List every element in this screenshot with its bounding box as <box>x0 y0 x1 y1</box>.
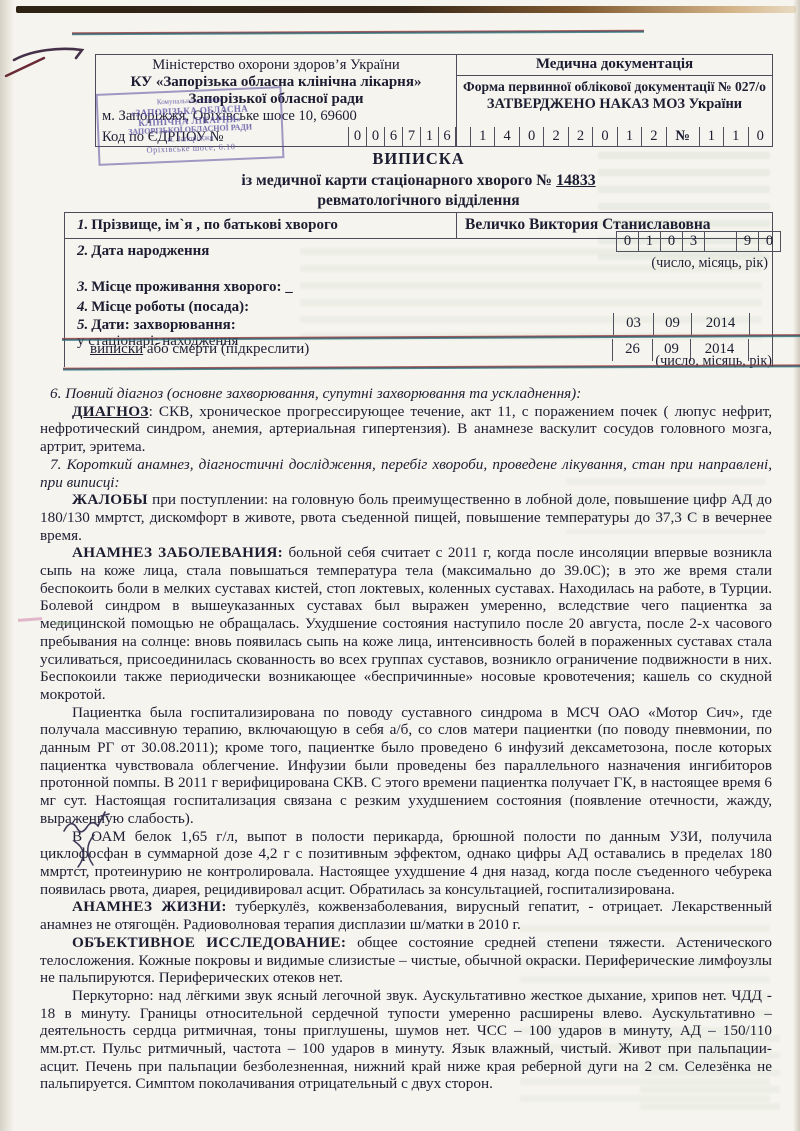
pencil-smudge <box>18 617 42 622</box>
complaints-label: ЖАЛОБЫ <box>72 491 148 508</box>
form-digit-boxes: 1 4 0 2 2 0 1 2 № 1 1 0 <box>457 127 772 146</box>
discharge-label-rest: або смерти (підкреслити) <box>143 341 309 357</box>
title-subline: із медичної карти стаціонарного хворого … <box>64 172 773 190</box>
birthdate-digit-boxes: 0 1 0 3 9 0 <box>616 231 781 252</box>
form-digit: 1 <box>699 127 723 146</box>
ministry-line: Міністерство охорони здоров’я України <box>96 57 456 74</box>
row-number: 3. <box>77 279 88 295</box>
digit-gap <box>457 127 470 146</box>
row-number: 1. <box>77 217 88 233</box>
admission-year: 2014 <box>691 313 749 335</box>
discharge-row-label: виписки або смерти (підкреслити) <box>90 341 309 358</box>
edrpou-digit: 0 <box>366 127 384 146</box>
scan-left-edge <box>0 0 14 1131</box>
row-number: 4. <box>77 299 88 315</box>
form-digit: 1 <box>617 127 641 146</box>
form-digit: 0 <box>592 127 616 146</box>
life-history-label: АНАМНЕЗ ЖИЗНИ: <box>72 898 227 915</box>
life-history-paragraph: АНАМНЕЗ ЖИЗНИ: туберкулёз, кожвензаболев… <box>40 898 772 933</box>
page-title: ВИПИСКА <box>64 149 773 169</box>
cell-divider <box>456 213 457 238</box>
scan-edge-band <box>16 6 796 13</box>
row-label-text: Дата народження <box>91 243 209 259</box>
form-digit: 0 <box>748 127 772 146</box>
edrpou-digit: 0 <box>348 127 366 146</box>
scan-right-edge <box>793 0 800 1131</box>
birth-digit: 0 <box>758 232 781 251</box>
form-digit: 1 <box>723 127 747 146</box>
edrpou-digit: 6 <box>384 127 402 146</box>
form-digit: 2 <box>543 127 567 146</box>
birth-row-label: 2.Дата народження <box>77 243 209 260</box>
row-number: 2. <box>77 243 88 259</box>
disease-history-label: АНАМНЕЗ ЗАБОЛЕВАНИЯ: <box>72 544 283 561</box>
form-number-line: Форма первинної облікової документації №… <box>457 79 772 95</box>
form-digit-no: № <box>666 127 699 146</box>
empty-date-cell <box>749 313 774 335</box>
form-digit: 2 <box>641 127 665 146</box>
dates-row-label: 5.Дати: захворювання: <box>77 317 236 334</box>
residence-row-label: 3.Місце проживання хворого: _ <box>77 279 293 296</box>
disease-history-text: больной себя считает с 2011 г, когда пос… <box>40 544 772 703</box>
work-row-label: 4.Місце роботы (посада): <box>77 299 249 316</box>
edrpou-digit-boxes: 0 0 6 7 1 6 <box>348 127 456 146</box>
doc-type: Медична документація <box>457 55 772 76</box>
pencil-smudge <box>54 622 72 625</box>
scanned-discharge-summary-page: Міністерство охорони здоров’я України КУ… <box>0 0 800 1131</box>
edrpou-digit: 7 <box>402 127 420 146</box>
row-label-text: Місце проживання хворого: _ <box>91 279 292 295</box>
discharge-word-underlined: виписки <box>90 341 143 357</box>
objective-exam-label: ОБЪЕКТИВНОЕ ИССЛЕДОВАНИЕ: <box>72 934 346 951</box>
row-label-text: Дати: захворювання: <box>91 317 236 333</box>
approved-line: ЗАТВЕРДЖЕНО НАКАЗ МОЗ України <box>457 96 772 113</box>
card-number: 14833 <box>556 172 596 189</box>
admission-day: 03 <box>613 313 653 335</box>
birth-digit: 0 <box>616 232 638 251</box>
scan-artifact-line <box>72 30 644 35</box>
handwritten-checkmark <box>2 34 97 82</box>
birth-digit <box>704 232 736 251</box>
oam-paragraph: В ОАМ белок 1,65 г/л, выпот в полости пе… <box>40 828 772 899</box>
diagnosis-label: ДИАГНОЗ <box>72 403 149 420</box>
edrpou-digit: 1 <box>420 127 438 146</box>
complaints-text: при поступлении: на головную боль преиму… <box>40 491 772 543</box>
row-label-text: Місце роботы (посада): <box>91 299 249 315</box>
title-sub-text: із медичної карти стаціонарного хворого … <box>241 172 556 189</box>
doc-classification-box: Медична документація Форма первинної обл… <box>456 54 773 147</box>
admission-date-boxes: 03 09 2014 <box>613 313 774 335</box>
form-digit: 4 <box>494 127 518 146</box>
birth-digit: 1 <box>638 232 660 251</box>
form-digit: 1 <box>470 127 494 146</box>
hospitalization-paragraph: Пациентка была госпитализирована по пово… <box>40 704 772 828</box>
birth-digit: 9 <box>736 232 758 251</box>
diagnosis-text: : СКВ, хроническое прогрессирующее течен… <box>40 403 772 455</box>
clinical-text: 6. Повний діагноз (основне захворювання,… <box>40 385 772 1093</box>
row-label-text: Прізвище, ім`я , по батькові хворого <box>91 217 338 233</box>
complaints-paragraph: ЖАЛОБЫ при поступлении: на головную боль… <box>40 491 772 544</box>
row-number: 5. <box>77 317 88 333</box>
form-digit: 2 <box>568 127 592 146</box>
birth-digit: 3 <box>682 232 704 251</box>
section6-header: 6. Повний діагноз (основне захворювання,… <box>40 385 772 403</box>
diagnosis-paragraph: ДИАГНОЗ: СКВ, хроническое прогрессирующе… <box>40 403 772 456</box>
disease-history-paragraph: АНАМНЕЗ ЗАБОЛЕВАНИЯ: больной себя считае… <box>40 544 772 703</box>
percussion-paragraph: Перкуторно: над лёгкими звук ясный легоч… <box>40 987 772 1093</box>
document-title-block: ВИПИСКА із медичної карти стаціонарного … <box>64 149 773 210</box>
department-line: ревматологічного відділення <box>64 192 773 210</box>
edrpou-digit: 6 <box>438 127 456 146</box>
section7-header: 7. Короткий анамнез, діагностичні дослід… <box>40 456 772 491</box>
objective-exam-paragraph: ОБЪЕКТИВНОЕ ИССЛЕДОВАНИЕ: общее состояни… <box>40 934 772 987</box>
date-format-note: (число, місяць, рік) <box>651 255 768 272</box>
form-digit: 0 <box>519 127 543 146</box>
admission-month: 09 <box>653 313 691 335</box>
birth-digit: 0 <box>660 232 682 251</box>
name-row-label: 1.Прізвище, ім`я , по батькові хворого <box>77 217 338 234</box>
